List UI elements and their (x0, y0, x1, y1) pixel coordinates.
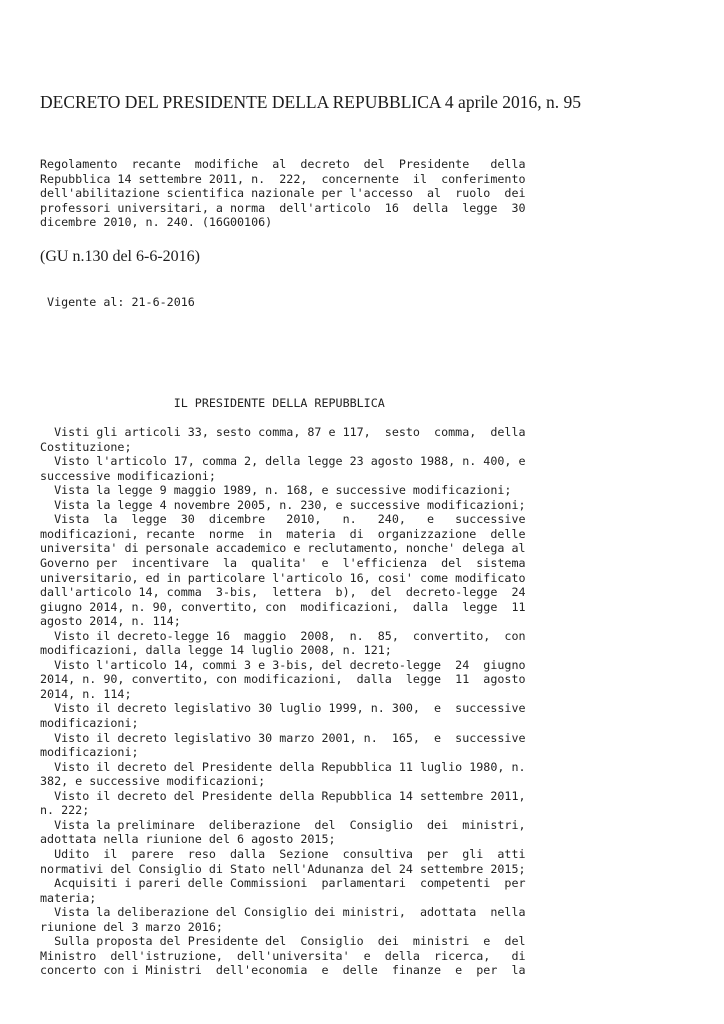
document-page: DECRETO DEL PRESIDENTE DELLA REPUBBLICA … (0, 0, 724, 1024)
validity-note: Vigente al: 21-6-2016 (40, 295, 195, 310)
document-abstract: Regolamento recante modifiche al decreto… (40, 157, 526, 230)
document-title: DECRETO DEL PRESIDENTE DELLA REPUBBLICA … (40, 92, 581, 112)
document-body: IL PRESIDENTE DELLA REPUBBLICA Visti gli… (40, 396, 526, 978)
gazette-reference: (GU n.130 del 6-6-2016) (40, 247, 200, 266)
